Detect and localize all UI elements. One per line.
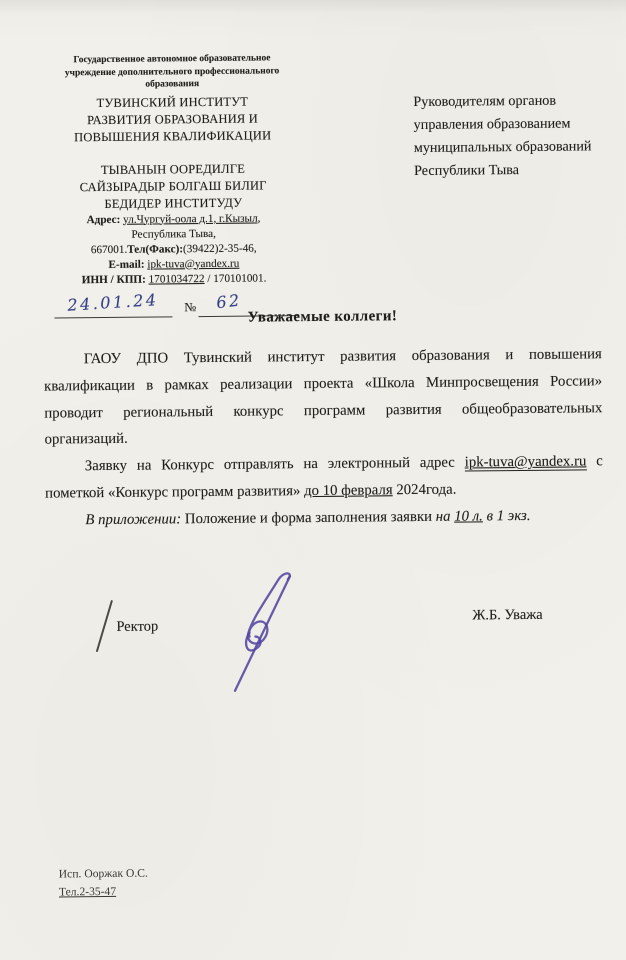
org-name-tuvan: ТЫВАНЫН ООРЕДИЛГЕ САЙЗЫРАДЫР БОЛГАШ БИЛИ…	[45, 160, 301, 213]
attachment-label: В приложении:	[85, 511, 185, 528]
org-name-russian: ТУВИНСКИЙ ИНСТИТУТ РАЗВИТИЯ ОБРАЗОВАНИЯ …	[44, 93, 300, 146]
signer-name: Ж.Б. Уважа	[472, 607, 543, 625]
inn-kpp-line: ИНН / КПП: 1701034722 / 170101001.	[46, 271, 302, 288]
paragraph-2: Заявку на Конкурс отправлять на электрон…	[45, 448, 603, 507]
inn-label: ИНН / КПП:	[82, 273, 149, 286]
pen-stroke-mark	[96, 600, 113, 652]
p2-text: Заявку на Конкурс отправлять на электрон…	[85, 455, 465, 475]
org-type-line: учреждение дополнительного профессиональ…	[44, 65, 300, 80]
addressee-line: Республики Тыва	[414, 158, 626, 183]
org-type-line: образования	[44, 77, 300, 92]
paragraph-3: В приложении: Положение и форма заполнен…	[45, 502, 603, 534]
addressee-block: Руководителям органов управления образов…	[413, 89, 626, 183]
addressee-line: управления образованием	[413, 112, 625, 137]
page-content: Государственное автономное образовательн…	[0, 0, 626, 960]
pages-count: 10 л.	[454, 508, 483, 524]
signature-scribble	[216, 566, 322, 695]
email-link: ipk-tuva@yandex.ru	[465, 454, 587, 472]
kpp-value: / 170101001.	[204, 272, 266, 285]
address-label: Адрес:	[86, 213, 123, 225]
copies-count: в 1 экз.	[483, 508, 531, 524]
signer-role: Ректор	[116, 618, 158, 635]
executor-block: Исп. Ооржак О.С. Тел.2-35-47	[59, 865, 148, 901]
p3-na: на	[436, 508, 455, 524]
org-type: Государственное автономное образовательн…	[44, 52, 300, 92]
addressee-line: Руководителям органов	[413, 89, 625, 114]
org-name-line: ПОВЫШЕНИЯ КВАЛИФИКАЦИИ	[45, 127, 301, 146]
inn-value: 1701034722	[149, 273, 205, 286]
paragraph-1: ГАОУ ДПО Тувинский институт развития обр…	[44, 341, 603, 454]
scanned-letter-page: Государственное автономное образовательн…	[0, 0, 626, 960]
deadline-text: до 10 февраля	[304, 482, 393, 499]
email-label: E-mail:	[108, 258, 147, 270]
executor-phone: Тел.2-35-47	[59, 882, 148, 900]
address-value: ул.Чургуй-оола д.1, г.Кызыл,	[123, 212, 260, 225]
email-value: ipk-tuva@yandex.ru	[147, 257, 239, 270]
letterhead-address: Адрес: ул.Чургуй-оола д.1, г.Кызыл, Респ…	[45, 211, 302, 288]
handwritten-number: 62	[215, 290, 242, 312]
letterhead: Государственное автономное образовательн…	[44, 52, 303, 323]
postal-code: 667001.	[91, 243, 127, 255]
addressee-line: муниципальных образований	[414, 135, 626, 160]
letter-body: ГАОУ ДПО Тувинский институт развития обр…	[44, 341, 604, 534]
executor-name: Исп. Ооржак О.С.	[59, 865, 148, 883]
p2-text: 2024года.	[393, 482, 457, 499]
attachment-text: Положение и форма заполнения заявки	[185, 509, 436, 527]
phone-value: (39422)2-35-46,	[183, 242, 257, 255]
phone-label: Тел(Факс):	[127, 243, 183, 256]
org-name-tuvan-line: САЙЗЫРАДЫР БОЛГАШ БИЛИГ	[45, 177, 301, 196]
